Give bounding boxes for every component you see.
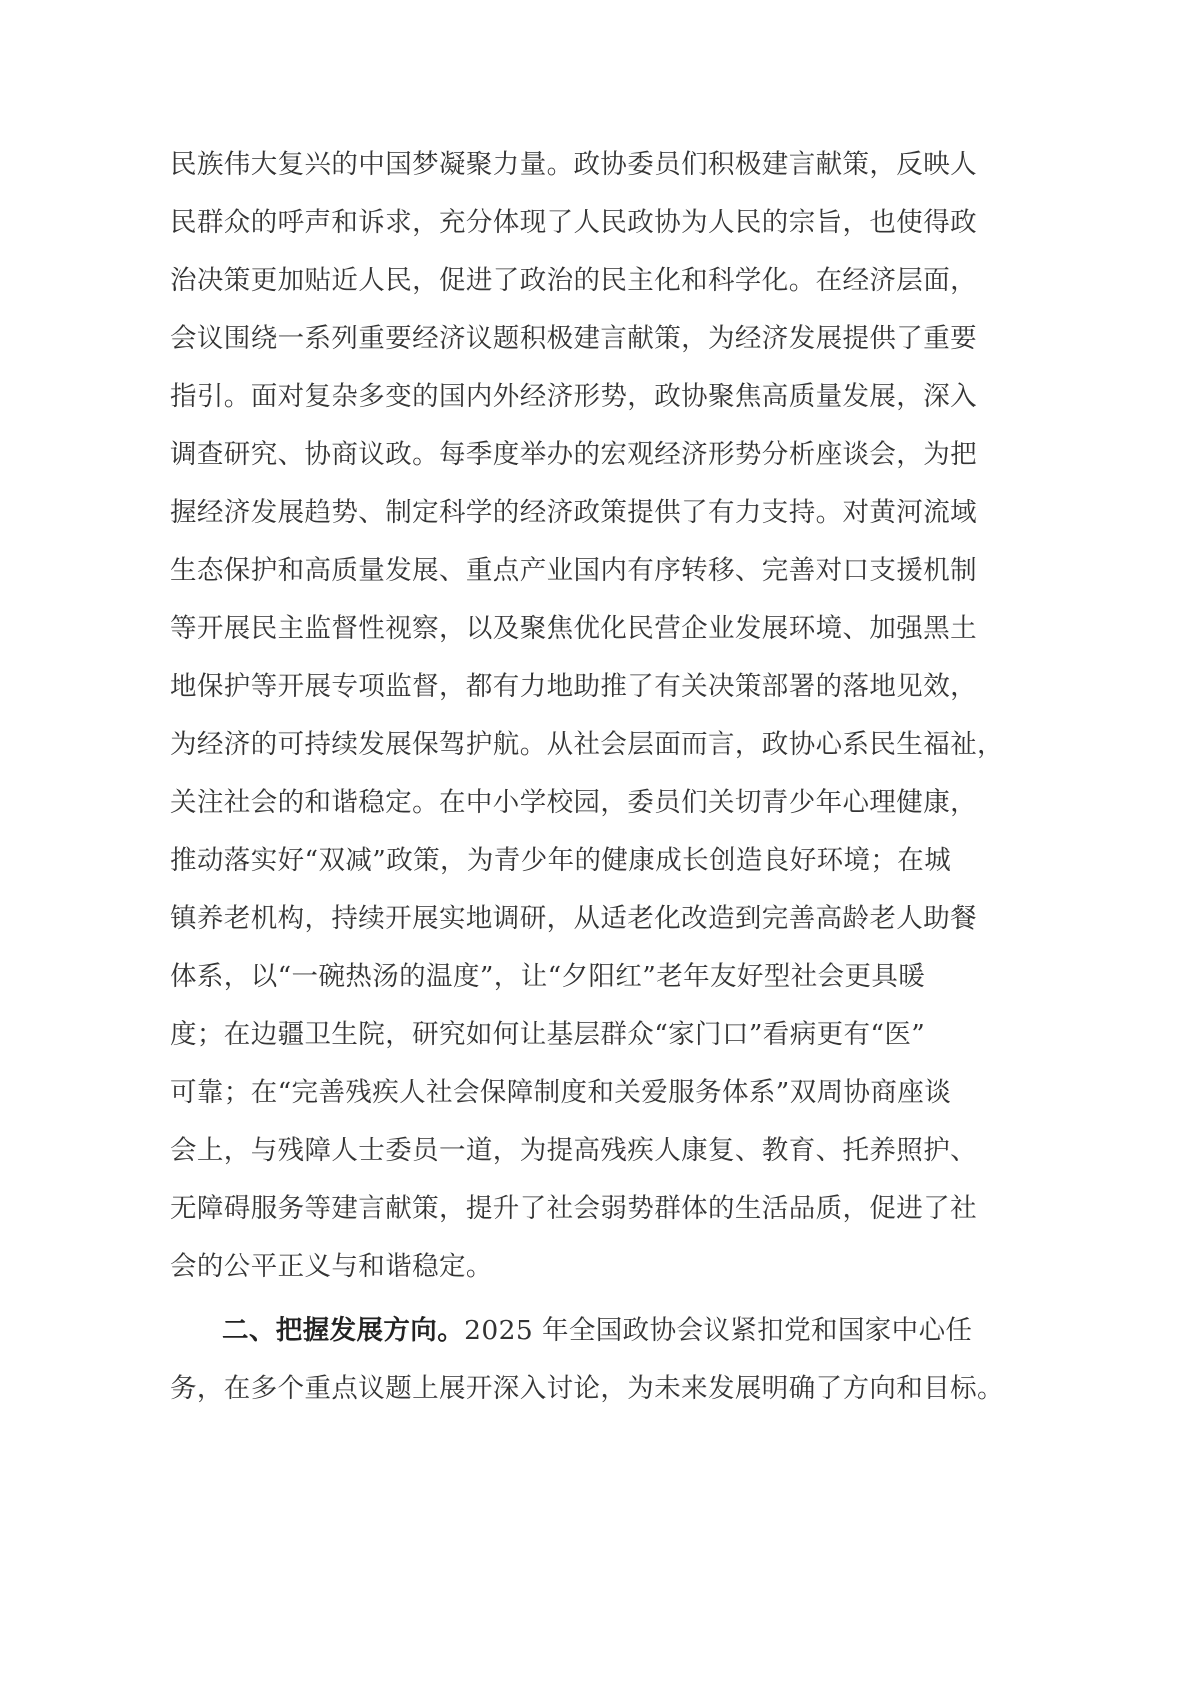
body-text-line: 治决策更加贴近人民，促进了政治的民主化和科学化。在经济层面，	[170, 263, 945, 299]
section-text: 2025 年全国政协会议紧扣党和国家中心任	[464, 1315, 972, 1346]
body-text-line: 可靠；在“完善残疾人社会保障制度和关爱服务体系”双周协商座谈	[170, 1075, 945, 1111]
body-text-line: 地保护等开展专项监督，都有力地助推了有关决策部署的落地见效，	[170, 669, 945, 705]
body-text-line: 调查研究、协商议政。每季度举办的宏观经济形势分析座谈会，为把	[170, 437, 945, 473]
body-text-line: 务，在多个重点议题上展开深入讨论，为未来发展明确了方向和目标。	[170, 1371, 945, 1407]
body-text-line: 为经济的可持续发展保驾护航。从社会层面而言，政协心系民生福祉，	[170, 727, 945, 763]
body-text-line: 镇养老机构，持续开展实地调研，从适老化改造到完善高龄老人助餐	[170, 901, 945, 937]
body-text-line: 无障碍服务等建言献策，提升了社会弱势群体的生活品质，促进了社	[170, 1191, 945, 1227]
body-text-line: 体系，以“一碗热汤的温度”，让“夕阳红”老年友好型社会更具暖	[170, 959, 945, 995]
body-text-line: 生态保护和高质量发展、重点产业国内有序转移、完善对口支援机制	[170, 553, 945, 589]
body-text-line: 推动落实好“双减”政策，为青少年的健康成长创造良好环境；在城	[170, 843, 945, 879]
body-text-line: 会的公平正义与和谐稳定。	[170, 1249, 945, 1285]
body-text-line: 会议围绕一系列重要经济议题积极建言献策，为经济发展提供了重要	[170, 321, 945, 357]
body-text-line: 度；在边疆卫生院，研究如何让基层群众“家门口”看病更有“医”	[170, 1017, 945, 1053]
body-text-line: 握经济发展趋势、制定科学的经济政策提供了有力支持。对黄河流域	[170, 495, 945, 531]
body-text-line: 指引。面对复杂多变的国内外经济形势，政协聚焦高质量发展，深入	[170, 379, 945, 415]
body-text-line: 关注社会的和谐稳定。在中小学校园，委员们关切青少年心理健康，	[170, 785, 945, 821]
document-page: 民族伟大复兴的中国梦凝聚力量。政协委员们积极建言献策，反映人 民群众的呼声和诉求…	[0, 0, 1190, 1683]
body-text-line: 民族伟大复兴的中国梦凝聚力量。政协委员们积极建言献策，反映人	[170, 147, 945, 183]
section-paragraph-line: 二、把握发展方向。2025 年全国政协会议紧扣党和国家中心任	[222, 1313, 997, 1349]
body-text-line: 民群众的呼声和诉求，充分体现了人民政协为人民的宗旨，也使得政	[170, 205, 945, 241]
body-text-line: 会上，与残障人士委员一道，为提高残疾人康复、教育、托养照护、	[170, 1133, 945, 1169]
section-heading: 二、把握发展方向。	[222, 1315, 464, 1346]
body-text-line: 等开展民主监督性视察，以及聚焦优化民营企业发展环境、加强黑土	[170, 611, 945, 647]
